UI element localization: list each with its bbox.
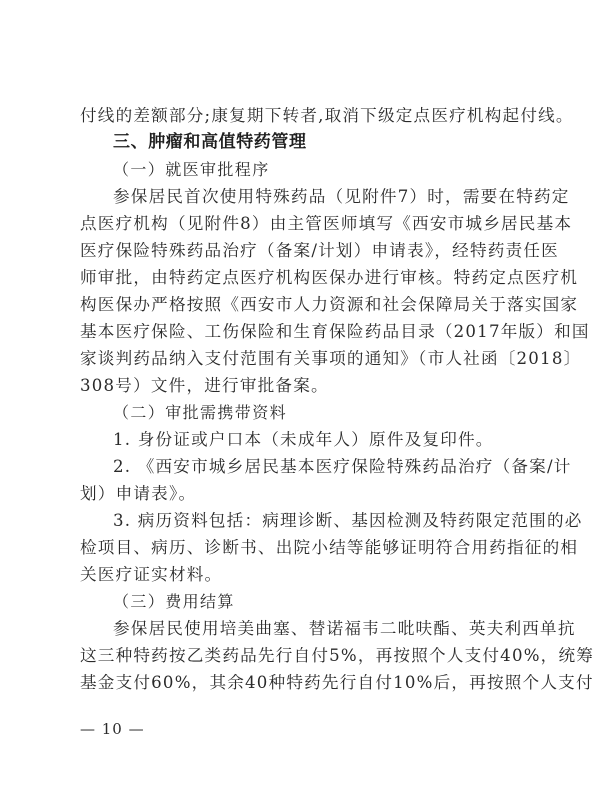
subsection-heading: （一）就医审批程序	[80, 156, 530, 183]
page-number: — 10 —	[80, 720, 145, 738]
subsection-heading: （三）费用结算	[80, 588, 530, 615]
document-page: 付线的差额部分;康复期下转者,取消下级定点医疗机构起付线。 三、肿瘤和高值特药管…	[0, 0, 600, 800]
list-item: 1. 身份证或户口本（未成年人）原件及复印件。	[80, 426, 530, 453]
body-line: 医疗保险特殊药品治疗（备案/计划）申请表》，经特药责任医	[80, 237, 530, 264]
document-body: 付线的差额部分;康复期下转者,取消下级定点医疗机构起付线。 三、肿瘤和高值特药管…	[80, 102, 530, 696]
body-line: 参保居民使用培美曲塞、替诺福韦二吡呋酯、英夫利西单抗	[80, 615, 530, 642]
body-line: 师审批，由特药定点医疗机构医保办进行审核。特药定点医疗机	[80, 264, 530, 291]
body-line: 划）申请表》。	[80, 480, 530, 507]
list-item: 2. 《西安市城乡居民基本医疗保险特殊药品治疗（备案/计	[80, 453, 530, 480]
body-line: 基本医疗保险、工伤保险和生育保险药品目录（2017年版）和国	[80, 318, 530, 345]
body-line: 关医疗证实材料。	[80, 561, 530, 588]
body-line: 点医疗机构（见附件8）由主管医师填写《西安市城乡居民基本	[80, 210, 530, 237]
body-line: 这三种特药按乙类药品先行自付5%，再按照个人支付40%，统筹	[80, 642, 530, 669]
body-line: 基金支付60%，其余40种特药先行自付10%后，再按照个人支付	[80, 669, 530, 696]
body-line: 检项目、病历、诊断书、出院小结等能够证明符合用药指征的相	[80, 534, 530, 561]
body-line: 付线的差额部分;康复期下转者,取消下级定点医疗机构起付线。	[80, 102, 530, 129]
body-line: 308号）文件，进行审批备案。	[80, 372, 530, 399]
list-item: 3. 病历资料包括：病理诊断、基因检测及特药限定范围的必	[80, 507, 530, 534]
section-heading: 三、肿瘤和高值特药管理	[80, 129, 530, 156]
subsection-heading: （二）审批需携带资料	[80, 399, 530, 426]
body-line: 家谈判药品纳入支付范围有关事项的通知》（市人社函〔2018〕	[80, 345, 530, 372]
body-line: 构医保办严格按照《西安市人力资源和社会保障局关于落实国家	[80, 291, 530, 318]
body-line: 参保居民首次使用特殊药品（见附件7）时，需要在特药定	[80, 183, 530, 210]
